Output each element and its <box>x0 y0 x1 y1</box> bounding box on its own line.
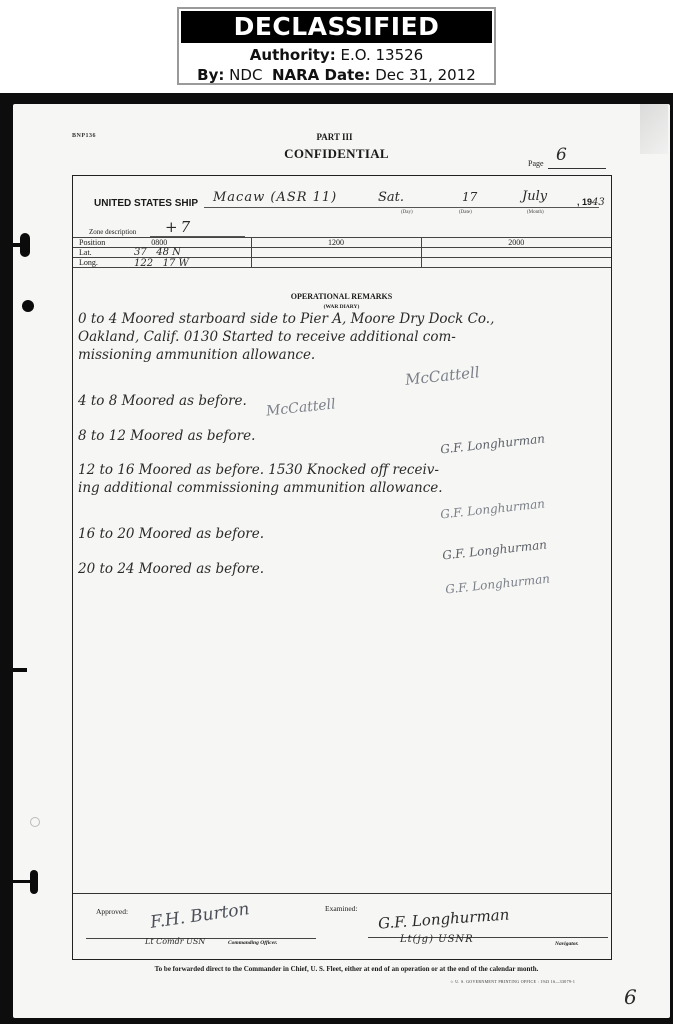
navigator-rank: Lt(jg) USNR <box>400 934 474 945</box>
binder-tab-mark <box>13 668 27 672</box>
examined-label: Examined: <box>325 904 358 913</box>
entry-20-24: 20 to 24 Moored as before. <box>78 560 264 578</box>
entry-0-4: 0 to 4 Moored starboard side to Pier A, … <box>78 310 494 364</box>
authority-label: Authority: <box>250 46 336 64</box>
page-label: Page <box>528 159 544 168</box>
printer-imprint: ☆ U. S. GOVERNMENT PRINTING OFFICE : 194… <box>450 979 575 984</box>
ship-label: UNITED STATES SHIP <box>94 198 198 209</box>
zone-label: Zone description <box>89 228 136 236</box>
stamp-title: DECLASSIFIED <box>181 11 492 43</box>
date-caption: (Date) <box>459 210 472 215</box>
time-2000: 2000 <box>421 238 611 248</box>
day-caption: (Day) <box>401 210 413 215</box>
reinforcement-ring <box>30 817 40 827</box>
corner-page-number: 6 <box>624 985 637 1009</box>
entry-8-12: 8 to 12 Moored as before. <box>78 427 255 445</box>
page-line <box>548 168 606 169</box>
co-rank: Lt Comdr USN <box>145 937 205 946</box>
navigator-title: Navigator. <box>555 941 579 947</box>
lat-2000 <box>421 248 611 258</box>
long-0800: 122 17 W <box>134 258 189 269</box>
binder-clip-stem-bottom <box>13 880 31 883</box>
part-heading: PART III <box>0 132 673 142</box>
nara-value: Dec 31, 2012 <box>375 66 476 84</box>
classification-heading: CONFIDENTIAL <box>0 146 673 162</box>
lat-1200 <box>251 248 421 258</box>
ship-month: July <box>522 189 547 204</box>
entry-16-20: 16 to 20 Moored as before. <box>78 525 264 543</box>
long-1200 <box>251 258 421 268</box>
position-header: Position0800 <box>73 238 251 248</box>
stamp-authority: Authority: E.O. 13526 <box>179 45 494 65</box>
by-value: NDC <box>229 66 262 84</box>
lat-0800: 37 48 N <box>134 247 181 258</box>
entry-12-16: 12 to 16 Moored as before. 1530 Knocked … <box>78 461 443 497</box>
time-1200: 1200 <box>251 238 421 248</box>
authority-value: E.O. 13526 <box>341 46 424 64</box>
approval-divider <box>73 893 611 894</box>
binder-clip-mark-bottom <box>30 870 38 894</box>
by-label: By: <box>197 66 224 84</box>
forwarding-instructions: To be forwarded direct to the Commander … <box>0 965 673 973</box>
ship-date: 17 <box>462 190 477 204</box>
ship-name: Macaw (ASR 11) <box>213 190 337 205</box>
ship-day: Sat. <box>378 190 404 205</box>
zone-value: +7 <box>165 218 193 236</box>
approved-label: Approved: <box>96 907 128 916</box>
entry-4-8: 4 to 8 Moored as before. <box>78 392 247 410</box>
stamp-by: By: NDC NARA Date: Dec 31, 2012 <box>179 65 494 85</box>
remarks-title: OPERATIONAL REMARKS <box>0 292 673 301</box>
declassified-stamp: DECLASSIFIED Authority: E.O. 13526 By: N… <box>177 7 496 85</box>
co-title: Commanding Officer. <box>228 940 277 946</box>
ship-line <box>204 207 599 208</box>
long-2000 <box>421 258 611 268</box>
binder-clip-stem <box>13 243 23 247</box>
nara-label: NARA Date: <box>272 66 370 84</box>
month-caption: (Month) <box>527 210 544 215</box>
page-number: 6 <box>556 145 567 165</box>
position-row: Position0800 1200 2000 <box>73 238 611 248</box>
ship-year: , 1943 <box>577 197 605 208</box>
